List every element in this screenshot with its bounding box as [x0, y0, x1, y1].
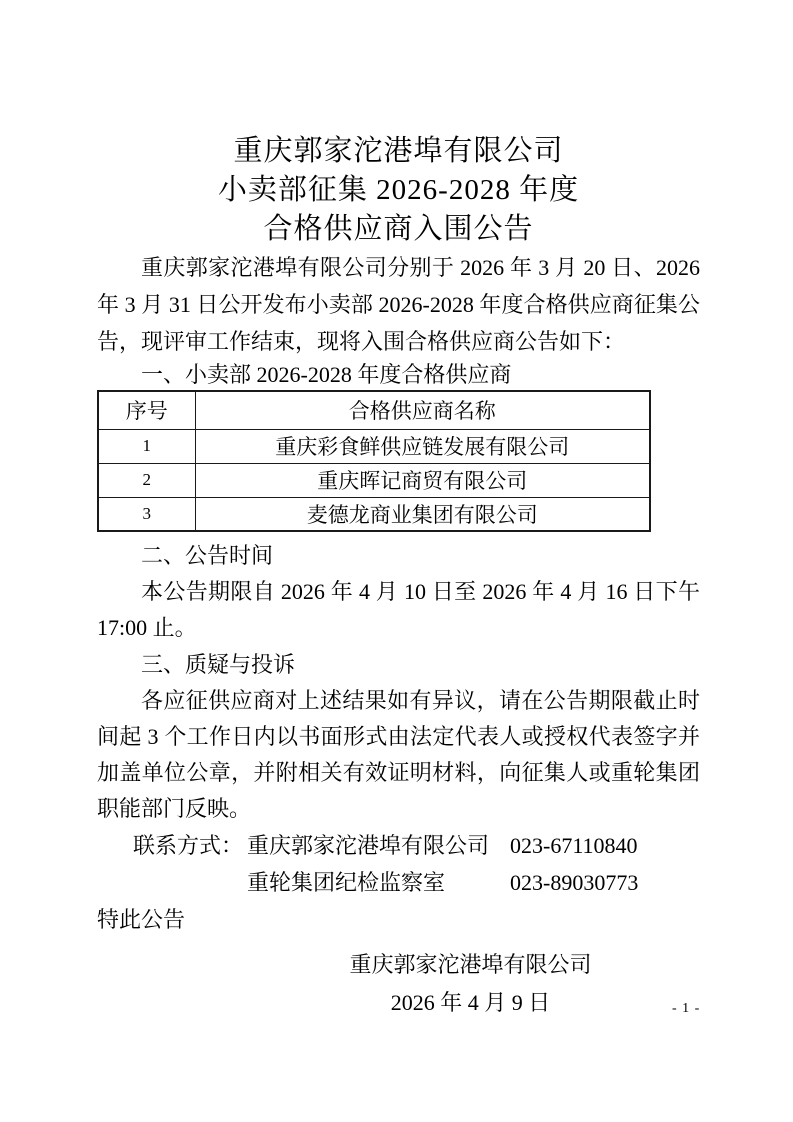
contact-label: 联系方式： — [133, 827, 247, 864]
contact-line: 重轮集团纪检监察室 023-89030773 — [133, 864, 700, 901]
title-line-2: 小卖部征集 2026-2028 年度 — [97, 171, 700, 210]
contact-label-spacer — [133, 864, 247, 901]
supplier-name-cell: 重庆彩食鲜供应链发展有限公司 — [195, 429, 650, 463]
section-3-heading: 三、质疑与投诉 — [97, 646, 700, 683]
section-1-heading: 一、小卖部 2026-2028 年度合格供应商 — [97, 360, 700, 390]
document-title: 重庆郭家沱港埠有限公司 小卖部征集 2026-2028 年度 合格供应商入围公告 — [97, 132, 700, 249]
row-number-cell: 3 — [98, 497, 195, 531]
page-number: - 1 - — [672, 1001, 700, 1017]
section-2-heading: 二、公告时间 — [97, 537, 700, 574]
intro-paragraph: 重庆郭家沱港埠有限公司分别于 2026 年 3 月 20 日、2026 年 3 … — [97, 249, 700, 360]
header-cell-index: 序号 — [98, 391, 195, 429]
section-3-body: 各应征供应商对上述结果如有异议，请在公告期限截止时间起 3 个工作日内以书面形式… — [97, 683, 700, 827]
row-number-cell: 2 — [98, 463, 195, 497]
table-row: 2 重庆晖记商贸有限公司 — [98, 463, 650, 497]
contact-company: 重轮集团纪检监察室 — [247, 864, 510, 901]
contact-line: 联系方式： 重庆郭家沱港埠有限公司 023-67110840 — [133, 827, 700, 864]
signature-company: 重庆郭家沱港埠有限公司 — [241, 946, 700, 984]
table-row: 3 麦德龙商业集团有限公司 — [98, 497, 650, 531]
title-line-1: 重庆郭家沱港埠有限公司 — [97, 132, 700, 171]
signature-block: 重庆郭家沱港埠有限公司 2026 年 4 月 9 日 — [241, 946, 700, 1022]
contact-phone: 023-67110840 — [510, 827, 638, 864]
contact-phone: 023-89030773 — [510, 864, 638, 901]
supplier-name-cell: 重庆晖记商贸有限公司 — [195, 463, 650, 497]
supplier-name-cell: 麦德龙商业集团有限公司 — [195, 497, 650, 531]
closing-text: 特此公告 — [97, 901, 700, 938]
header-cell-supplier-name: 合格供应商名称 — [195, 391, 650, 429]
section-2-body: 本公告期限自 2026 年 4 月 10 日至 2026 年 4 月 16 日下… — [97, 574, 700, 646]
contact-company: 重庆郭家沱港埠有限公司 — [247, 827, 510, 864]
signature-date: 2026 年 4 月 9 日 — [241, 984, 700, 1022]
suppliers-table: 序号 合格供应商名称 1 重庆彩食鲜供应链发展有限公司 2 重庆晖记商贸有限公司… — [97, 390, 651, 532]
document-page: 重庆郭家沱港埠有限公司 小卖部征集 2026-2028 年度 合格供应商入围公告… — [0, 0, 793, 1122]
table-header-row: 序号 合格供应商名称 — [98, 391, 650, 429]
table-row: 1 重庆彩食鲜供应链发展有限公司 — [98, 429, 650, 463]
row-number-cell: 1 — [98, 429, 195, 463]
title-line-3: 合格供应商入围公告 — [97, 210, 700, 249]
